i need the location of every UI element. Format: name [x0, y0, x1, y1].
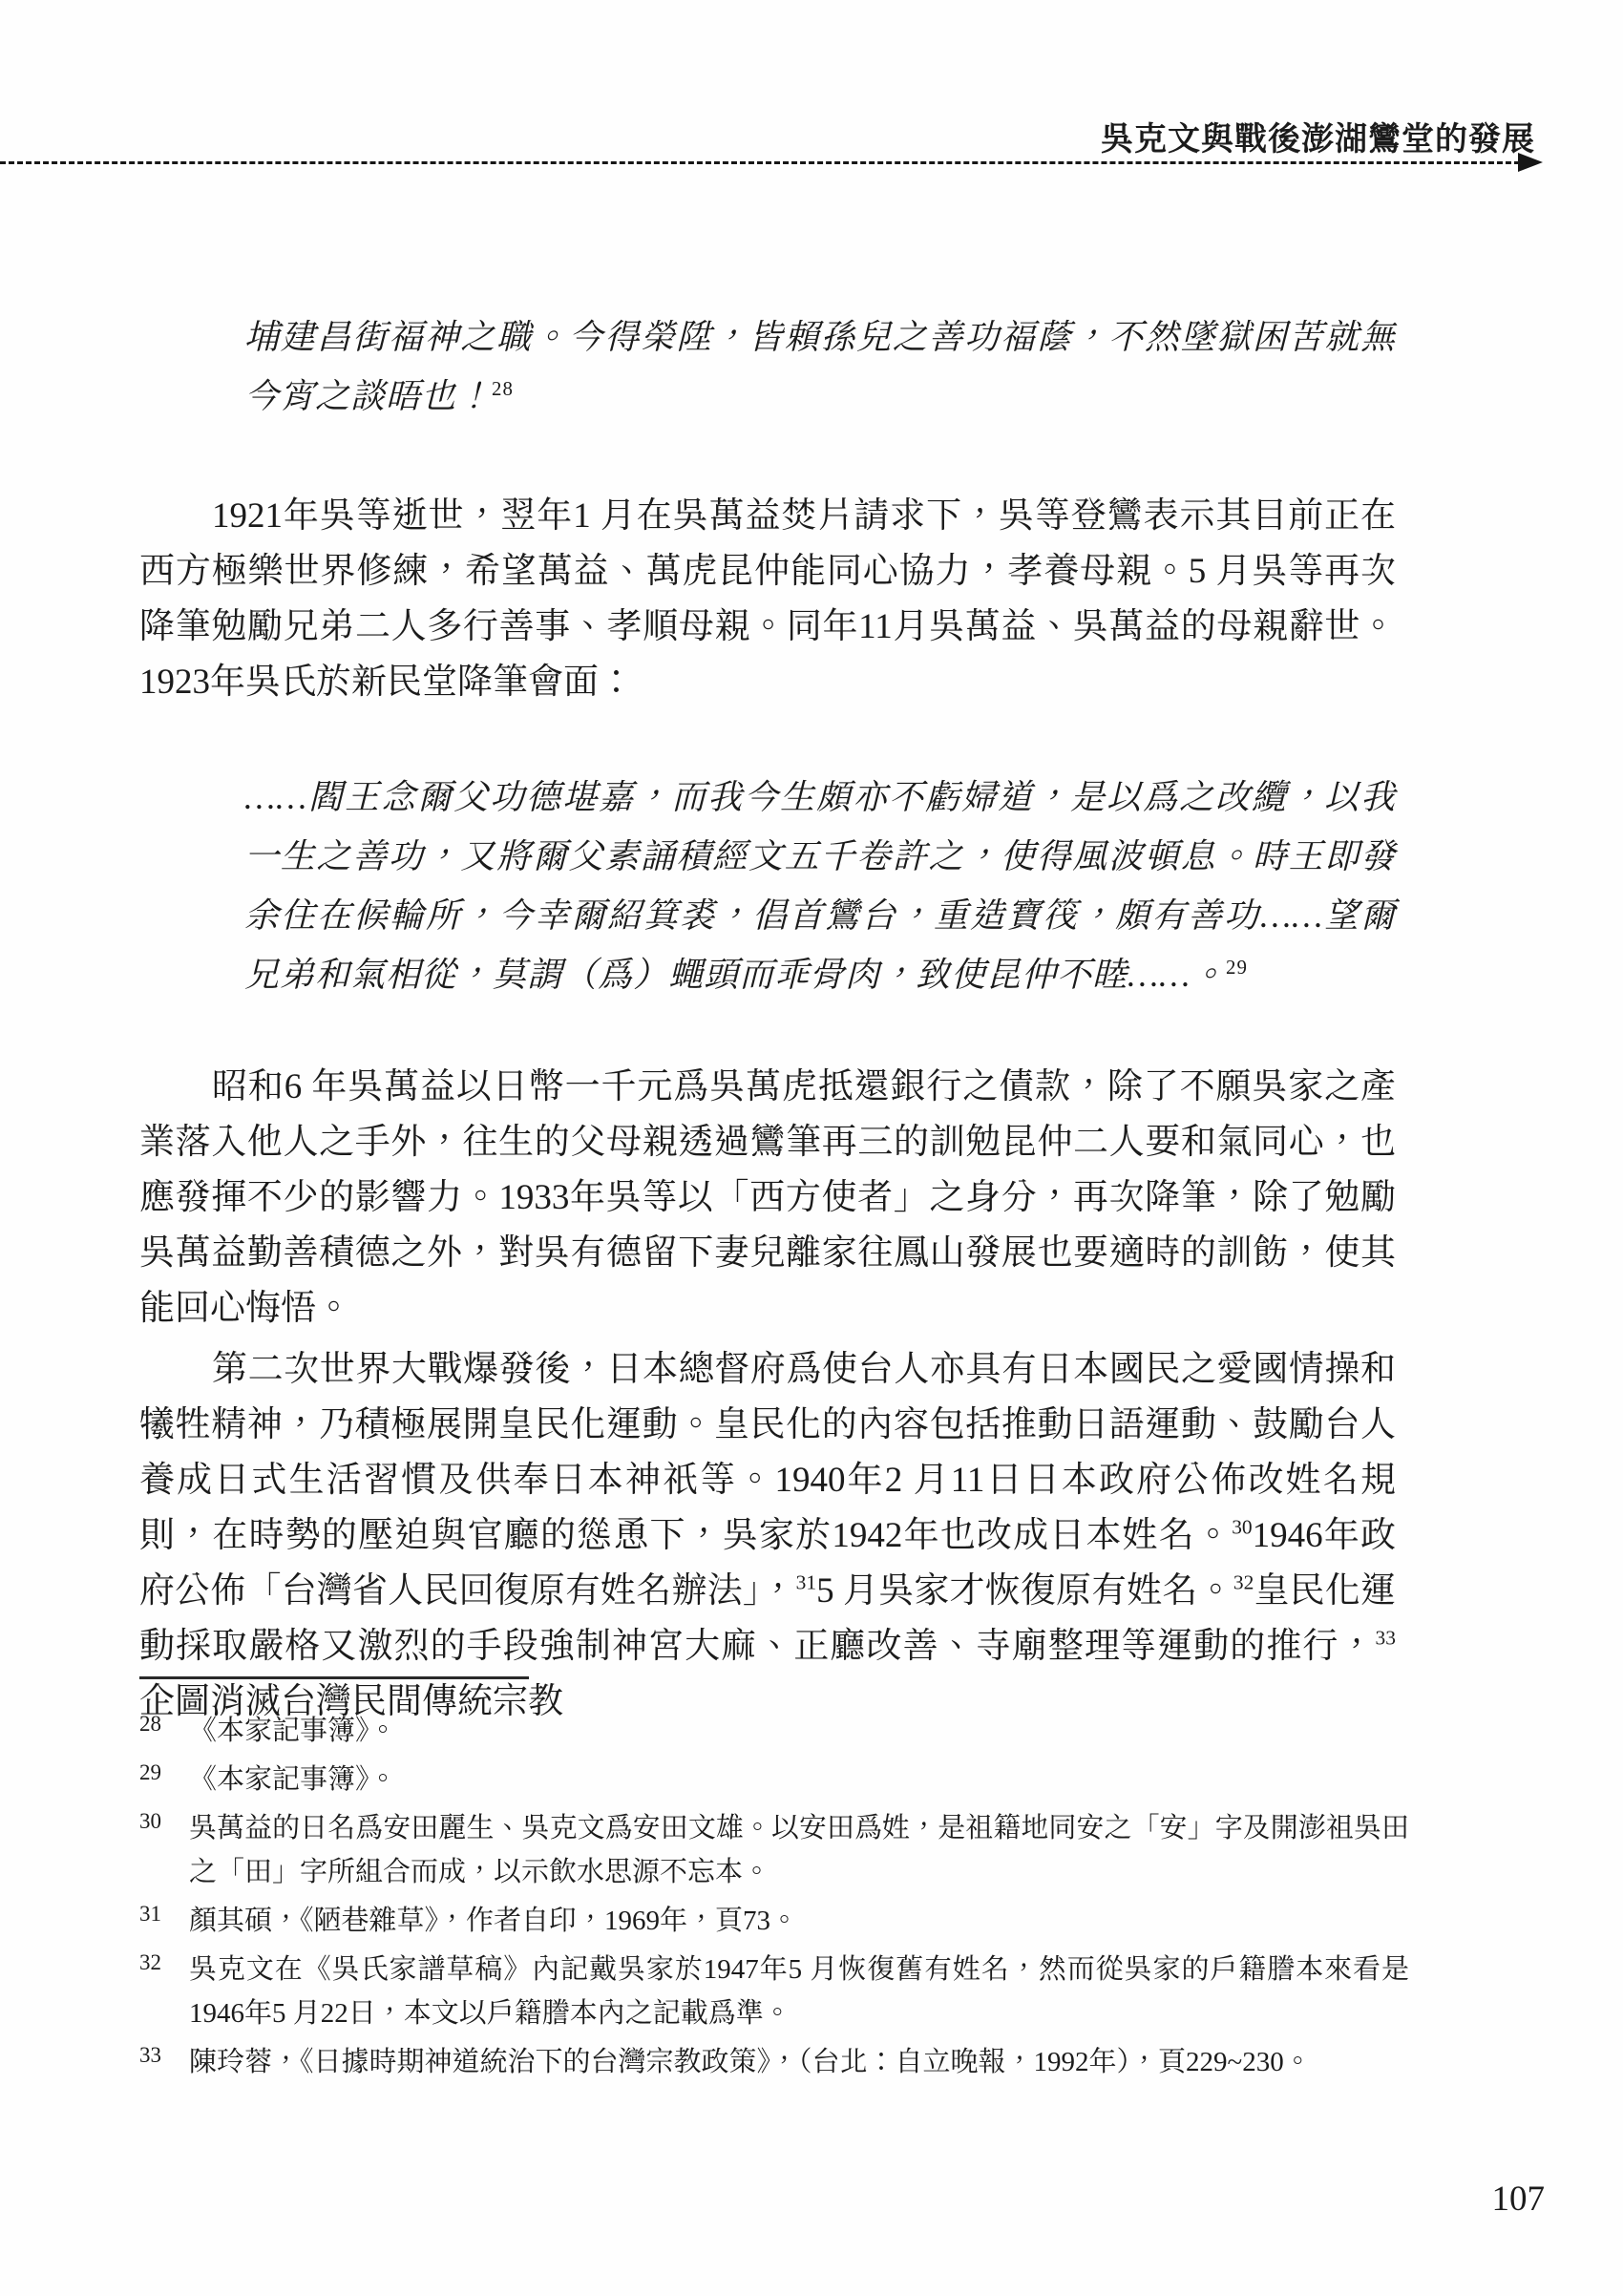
footnote-text: 吳克文在《吳氏家譜草稿》內記戴吳家於1947年5 月恢復舊有姓名，然而從吳家的戶…	[189, 1954, 1409, 2029]
footnote-ref-29: 29	[1226, 956, 1248, 979]
footnote-33: 33 陳玲蓉，《日據時期神道統治下的台灣宗教政策》，（台北：自立晚報，1992年…	[139, 2040, 1409, 2084]
paragraph-text: 昭和6 年吳萬益以日幣一千元爲吳萬虎抵還銀行之債款，除了不願吳家之產業落入他人之…	[139, 1067, 1396, 1328]
footnote-text: 《本家記事簿》。	[189, 1716, 397, 1746]
footnote-29: 29 《本家記事簿》。	[139, 1758, 1409, 1801]
main-text-column: 埔建昌街福神之職。今得榮陞，皆賴孫兒之善功福蔭，不然墜獄困苦就無今宵之談晤也！2…	[139, 307, 1396, 1730]
footnote-separator	[139, 1676, 529, 1679]
footnote-number: 33	[139, 2033, 161, 2077]
footnote-number: 31	[139, 1892, 161, 1936]
running-header-title: 吳克文與戰後澎湖鸞堂的發展	[1101, 113, 1535, 159]
footnote-28: 28 《本家記事簿》。	[139, 1709, 1409, 1753]
paragraph-text: 5 月吳家才恢復原有姓名。	[816, 1571, 1233, 1611]
footnote-ref-28: 28	[492, 377, 514, 400]
block-quote-2: ……閻王念爾父功德堪嘉，而我今生頗亦不虧婦道，是以爲之改纜，以我一生之善功，又將…	[244, 768, 1396, 1004]
footnote-number: 32	[139, 1941, 161, 1985]
footnotes-section: 28 《本家記事簿》。 29 《本家記事簿》。 30 吳萬益的日名爲安田麗生、吳…	[139, 1709, 1409, 2089]
quote-text: 埔建昌街福神之職。今得榮陞，皆賴孫兒之善功福蔭，不然墜獄困苦就無今宵之談晤也！	[244, 318, 1396, 415]
page-number: 107	[1492, 2179, 1546, 2220]
footnote-number: 28	[139, 1702, 161, 1746]
document-page: 吳克文與戰後澎湖鸞堂的發展 埔建昌街福神之職。今得榮陞，皆賴孫兒之善功福蔭，不然…	[0, 0, 1623, 2296]
footnote-text: 顏其碩，《陋巷雜草》，作者自印，1969年，頁73。	[189, 1906, 798, 1936]
footnote-30: 30 吳萬益的日名爲安田麗生、吳克文爲安田文雄。以安田爲姓，是祖籍地同安之「安」…	[139, 1806, 1409, 1894]
paragraph-2: 昭和6 年吳萬益以日幣一千元爲吳萬虎抵還銀行之債款，除了不願吳家之產業落入他人之…	[139, 1060, 1396, 1337]
paragraph-3: 第二次世界大戰爆發後，日本總督府爲使台人亦具有日本國民之愛國情操和犧牲精神，乃積…	[139, 1342, 1396, 1730]
footnote-ref-32: 32	[1233, 1571, 1254, 1594]
footnote-number: 30	[139, 1800, 161, 1843]
quote-text: ……閻王念爾父功德堪嘉，而我今生頗亦不虧婦道，是以爲之改纜，以我一生之善功，又將…	[244, 778, 1396, 994]
footnote-ref-31: 31	[796, 1571, 816, 1594]
footnote-ref-33: 33	[1376, 1627, 1396, 1650]
paragraph-text: 第二次世界大戰爆發後，日本總督府爲使台人亦具有日本國民之愛國情操和犧牲精神，乃積…	[139, 1350, 1396, 1555]
block-quote-1: 埔建昌街福神之職。今得榮陞，皆賴孫兒之善功福蔭，不然墜獄困苦就無今宵之談晤也！2…	[244, 307, 1396, 426]
footnote-text: 陳玲蓉，《日據時期神道統治下的台灣宗教政策》，（台北：自立晚報，1992年），頁…	[189, 2047, 1312, 2077]
footnote-text: 吳萬益的日名爲安田麗生、吳克文爲安田文雄。以安田爲姓，是祖籍地同安之「安」字及開…	[189, 1813, 1409, 1887]
footnote-31: 31 顏其碩，《陋巷雜草》，作者自印，1969年，頁73。	[139, 1899, 1409, 1943]
footnote-number: 29	[139, 1751, 161, 1795]
paragraph-text: 1921年吳等逝世，翌年1 月在吳萬益焚片請求下，吳等登鸞表示其目前正在西方極樂…	[139, 496, 1396, 702]
header-dashed-rule	[0, 161, 1520, 164]
footnote-32: 32 吳克文在《吳氏家譜草稿》內記戴吳家於1947年5 月恢復舊有姓名，然而從吳…	[139, 1948, 1409, 2035]
paragraph-1: 1921年吳等逝世，翌年1 月在吳萬益焚片請求下，吳等登鸞表示其目前正在西方極樂…	[139, 489, 1396, 710]
footnote-ref-30: 30	[1232, 1516, 1252, 1539]
arrow-right-icon	[1518, 153, 1543, 172]
footnote-text: 《本家記事簿》。	[189, 1764, 397, 1795]
